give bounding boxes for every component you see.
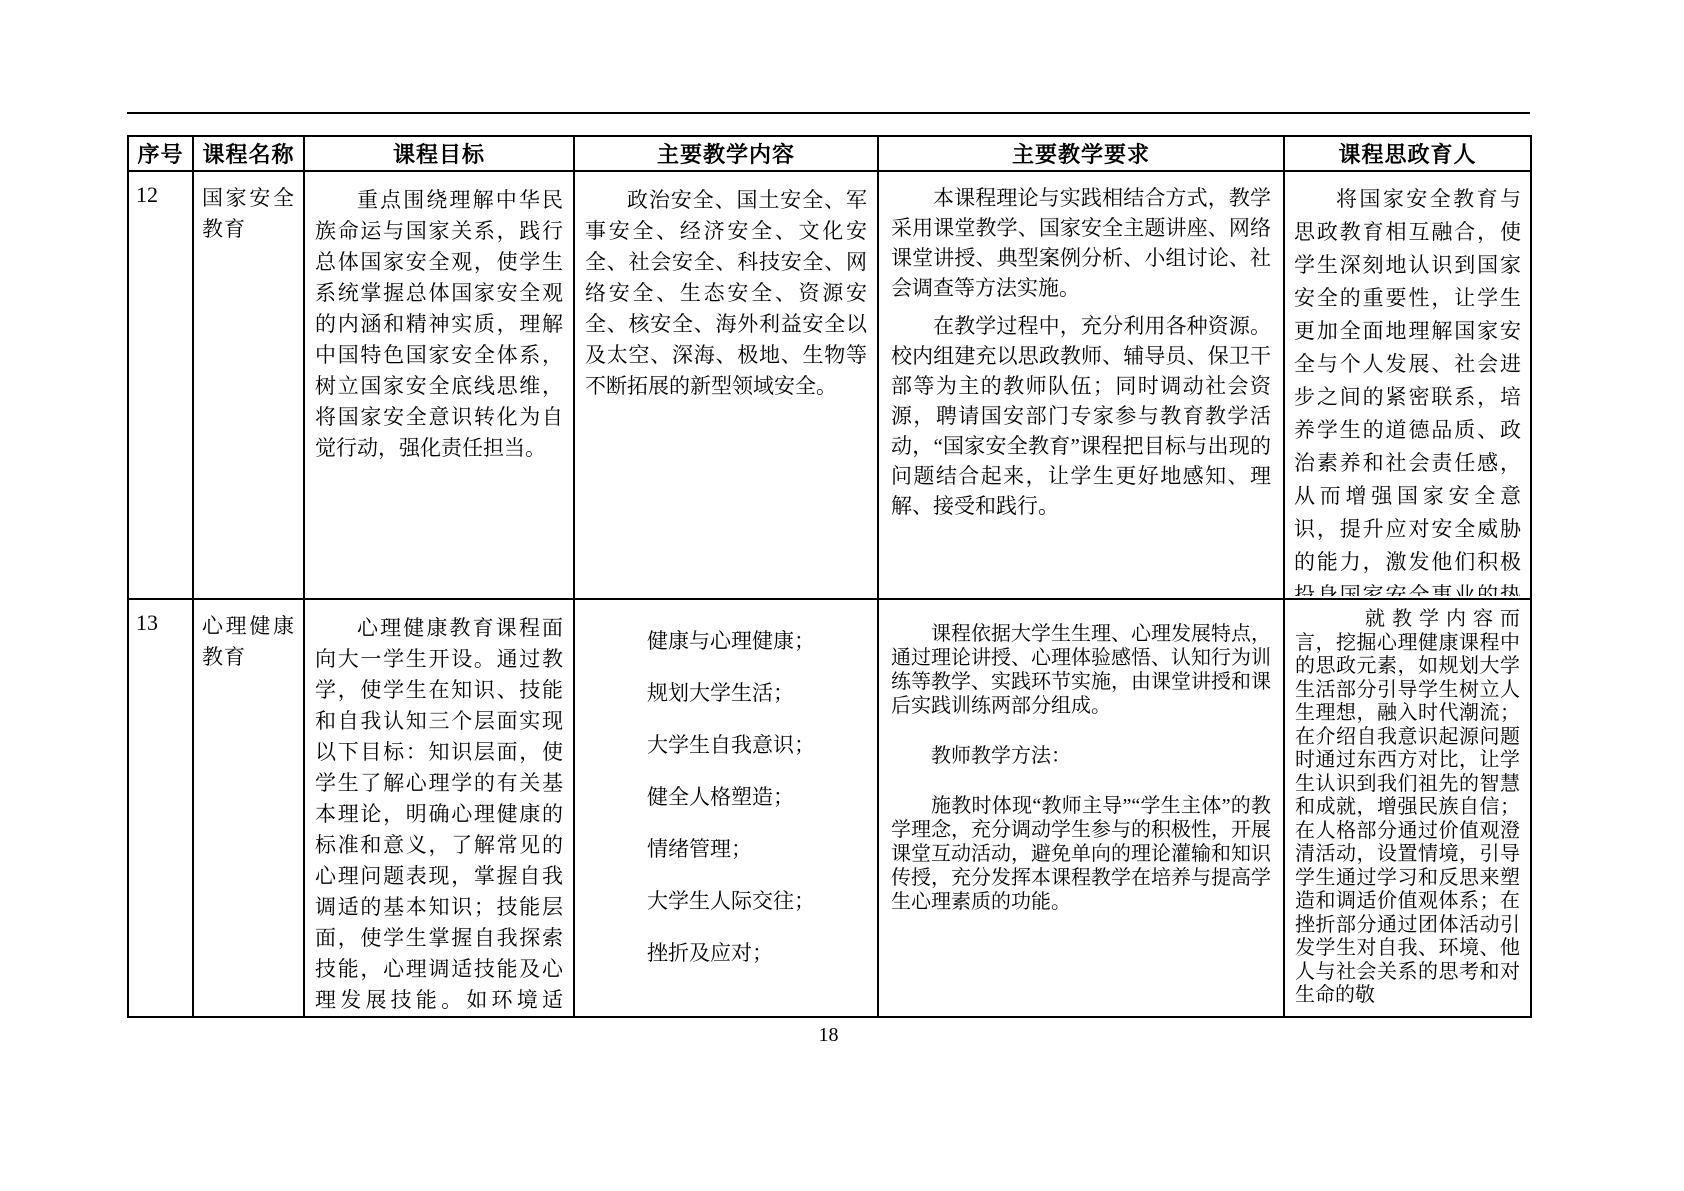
table-row: 12 国家安全教育 重点围绕理解中华民族命运与国家关系，践行总体国家安全观，使学…	[128, 171, 1531, 599]
ideological-education: 就教学内容而言，挖掘心理健康课程中的思政元素，如规划大学生活部分引导学生树立人生…	[1285, 600, 1530, 1014]
course-name: 国家安全教育	[194, 172, 303, 596]
column-header-course-name: 课程名称	[193, 136, 304, 171]
document-page: 序号 课程名称 课程目标 主要教学内容 主要教学要求 课程思政育人 12 国家安…	[0, 0, 1684, 1191]
ideological-education: 将国家安全教育与思政教育相互融合，使学生深刻地认识到国家安全的重要性，让学生更加…	[1285, 172, 1530, 596]
table-row: 13 心理健康教育 心理健康教育课程面向大一学生开设。通过教学，使学生在知识、技…	[128, 599, 1531, 1017]
header-rule	[127, 112, 1530, 114]
teaching-content: 健康与心理健康；规划大学生活；大学生自我意识；健全人格塑造；情绪管理；大学生人际…	[575, 600, 877, 1014]
course-table: 序号 课程名称 课程目标 主要教学内容 主要教学要求 课程思政育人 12 国家安…	[127, 135, 1532, 1018]
column-header-index: 序号	[128, 136, 193, 171]
row-index: 12	[129, 172, 192, 596]
teaching-requirements: 本课程理论与实践相结合方式，教学采用课堂教学、国家安全主题讲座、网络课堂讲授、典…	[879, 172, 1283, 596]
teaching-requirements: 课程依据大学生生理、心理发展特点，通过理论讲授、心理体验感悟、认知行为训练等教学…	[879, 600, 1283, 1014]
course-objectives: 重点围绕理解中华民族命运与国家关系，践行总体国家安全观，使学生系统掌握总体国家安…	[305, 172, 573, 596]
table-header-row: 序号 课程名称 课程目标 主要教学内容 主要教学要求 课程思政育人	[128, 136, 1531, 171]
column-header-content: 主要教学内容	[574, 136, 878, 171]
teaching-content: 政治安全、国土安全、军事安全、经济安全、文化安全、社会安全、科技安全、网络安全、…	[575, 172, 877, 596]
column-header-objectives: 课程目标	[304, 136, 574, 171]
course-objectives: 心理健康教育课程面向大一学生开设。通过教学，使学生在知识、技能和自我认知三个层面…	[305, 600, 573, 1014]
column-header-ideological: 课程思政育人	[1284, 136, 1531, 171]
course-name: 心理健康教育	[194, 600, 303, 1014]
page-number: 18	[127, 1024, 1530, 1047]
row-index: 13	[129, 600, 192, 1014]
column-header-requirements: 主要教学要求	[878, 136, 1284, 171]
